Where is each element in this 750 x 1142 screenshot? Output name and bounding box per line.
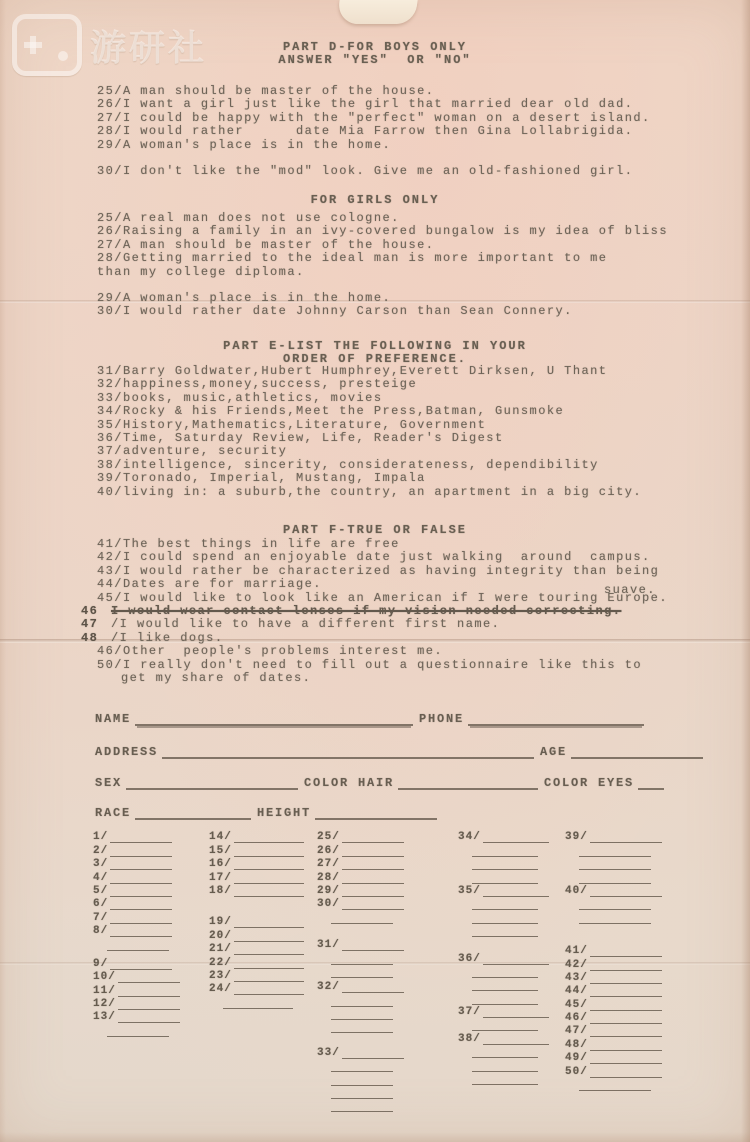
answer-line bbox=[317, 1020, 404, 1033]
answer-line bbox=[458, 978, 549, 991]
blank-underline bbox=[234, 972, 304, 982]
blank-underline bbox=[107, 1027, 169, 1037]
answer-slot: 32/ bbox=[317, 980, 404, 993]
grid-gap bbox=[317, 1033, 404, 1045]
blank-underline bbox=[472, 1048, 538, 1058]
answer-slot: 45/ bbox=[565, 997, 662, 1010]
text-line: 26/Raising a family in an ivy-covered bu… bbox=[97, 225, 668, 238]
answer-slot: 17/ bbox=[209, 870, 304, 883]
phone-input-line bbox=[468, 713, 644, 726]
blank-underline bbox=[342, 847, 404, 857]
answer-number: 44/ bbox=[565, 986, 588, 997]
blank-underline bbox=[234, 887, 304, 897]
paper-edge-shadow-right bbox=[741, 0, 750, 1142]
address-input-line bbox=[162, 746, 534, 759]
answer-slot: 15/ bbox=[209, 843, 304, 856]
answer-line bbox=[317, 1072, 404, 1085]
answer-slot: 39/ bbox=[565, 830, 662, 843]
answer-number: 26/ bbox=[317, 846, 340, 857]
answer-line bbox=[317, 965, 404, 978]
answer-number: 4/ bbox=[93, 873, 108, 884]
blank-underline bbox=[590, 1054, 662, 1064]
blank-underline bbox=[483, 1035, 549, 1045]
height-label: HEIGHT bbox=[257, 806, 315, 820]
answer-slot: 24/ bbox=[209, 982, 304, 995]
answer-slot: 23/ bbox=[209, 969, 304, 982]
answer-line bbox=[565, 910, 662, 923]
answer-number: 19/ bbox=[209, 917, 232, 928]
answer-slot: 43/ bbox=[565, 971, 662, 984]
paper-edge-shadow-bottom bbox=[0, 1132, 750, 1142]
answer-slot: 13/ bbox=[93, 1010, 180, 1023]
answer-slot: 11/ bbox=[93, 983, 180, 996]
answer-number: 32/ bbox=[317, 982, 340, 993]
answer-slot: 34/ bbox=[458, 830, 549, 843]
blank-underline bbox=[590, 987, 662, 997]
answer-line bbox=[458, 1058, 549, 1071]
blank-underline bbox=[342, 1049, 404, 1059]
answer-number: 9/ bbox=[93, 959, 108, 970]
blank-underline bbox=[110, 900, 172, 910]
girls-heading: FOR GIRLS ONLY bbox=[0, 193, 750, 207]
blank-underline bbox=[331, 1102, 393, 1112]
answer-slot: 41/ bbox=[565, 944, 662, 957]
answer-number: 42/ bbox=[565, 960, 588, 971]
answer-line bbox=[317, 1086, 404, 1099]
race-label: RACE bbox=[95, 806, 135, 820]
answer-line bbox=[458, 1045, 549, 1058]
blank-underline bbox=[579, 900, 651, 910]
answer-grid-column-3: 25/26/27/28/29/30/31/32/33/ bbox=[317, 830, 404, 1112]
form-row-sex: SEX COLOR HAIR COLOR EYES bbox=[95, 776, 670, 790]
blank-underline bbox=[110, 914, 172, 924]
answer-number: 11/ bbox=[93, 986, 116, 997]
text-line: 28/Getting married to the ideal man is m… bbox=[97, 252, 668, 265]
form-row-address: ADDRESS AGE bbox=[95, 745, 709, 759]
answer-slot: 30/ bbox=[317, 897, 404, 910]
answer-number: 46/ bbox=[565, 1013, 588, 1024]
blank-underline bbox=[590, 1041, 662, 1051]
answer-grid-column-4: 34/35/36/37/38/ bbox=[458, 830, 549, 1085]
blank-underline bbox=[110, 887, 172, 897]
answer-number: 14/ bbox=[209, 832, 232, 843]
blank-underline bbox=[331, 955, 393, 965]
blank-underline bbox=[342, 941, 404, 951]
color-eyes-input-line bbox=[638, 777, 664, 790]
text-line: 26/I want a girl just like the girl that… bbox=[97, 98, 651, 111]
blank-underline bbox=[472, 874, 538, 884]
scanned-questionnaire-page: 游研社 PART D-FOR BOYS ONLY ANSWER "YES" OR… bbox=[0, 0, 750, 1142]
answer-line bbox=[317, 1099, 404, 1112]
grid-gap bbox=[565, 924, 662, 944]
answer-number: 40/ bbox=[565, 886, 588, 897]
blank-underline bbox=[234, 945, 304, 955]
race-input-line bbox=[135, 807, 251, 820]
answer-number: 33/ bbox=[317, 1048, 340, 1059]
answer-slot: 46/ bbox=[565, 1011, 662, 1024]
part-f-heading: PART F-TRUE OR FALSE bbox=[0, 523, 750, 537]
blank-underline bbox=[331, 1076, 393, 1086]
blank-underline bbox=[331, 1062, 393, 1072]
age-label: AGE bbox=[540, 745, 571, 759]
answer-slot: 2/ bbox=[93, 843, 180, 856]
blank-underline bbox=[590, 1014, 662, 1024]
blank-underline bbox=[331, 914, 393, 924]
blank-underline bbox=[579, 860, 651, 870]
answer-slot: 22/ bbox=[209, 955, 304, 968]
answer-line bbox=[317, 951, 404, 964]
text-line: 34/Rocky & his Friends,Meet the Press,Ba… bbox=[97, 405, 642, 418]
part-d-heading-line2: ANSWER "YES" OR "NO" bbox=[0, 53, 750, 67]
color-hair-input-line bbox=[398, 777, 538, 790]
answer-number: 31/ bbox=[317, 940, 340, 951]
answer-slot: 25/ bbox=[317, 830, 404, 843]
answer-number: 34/ bbox=[458, 832, 481, 843]
answer-number: 15/ bbox=[209, 846, 232, 857]
answer-number: 21/ bbox=[209, 944, 232, 955]
blank-underline bbox=[472, 981, 538, 991]
answer-line bbox=[458, 1072, 549, 1085]
blank-underline bbox=[472, 968, 538, 978]
blank-underline bbox=[110, 860, 172, 870]
answer-number: 16/ bbox=[209, 859, 232, 870]
answer-slot: 38/ bbox=[458, 1031, 549, 1044]
grid-gap bbox=[458, 937, 549, 951]
text-line: than my college diploma. bbox=[97, 266, 668, 279]
answer-line bbox=[317, 910, 404, 923]
answer-number: 50/ bbox=[565, 1067, 588, 1078]
blank-underline bbox=[483, 833, 549, 843]
answer-line bbox=[93, 937, 180, 950]
answer-slot: 31/ bbox=[317, 938, 404, 951]
text-line: 42/I could spend an enjoyable date just … bbox=[97, 551, 668, 564]
answer-number: 38/ bbox=[458, 1034, 481, 1045]
blank-underline bbox=[579, 847, 651, 857]
blank-underline bbox=[331, 997, 393, 1007]
blank-underline bbox=[110, 927, 172, 937]
answer-slot: 42/ bbox=[565, 957, 662, 970]
part-f-list: 41/The best things in life are free42/I … bbox=[97, 538, 668, 685]
blank-underline bbox=[590, 1068, 662, 1078]
answer-line bbox=[458, 857, 549, 870]
text-line: 47/I would like to have a different firs… bbox=[97, 618, 668, 631]
blank-underline bbox=[590, 1027, 662, 1037]
answer-line bbox=[458, 897, 549, 910]
name-input-line bbox=[135, 713, 413, 726]
blank-underline bbox=[110, 874, 172, 884]
blank-underline bbox=[483, 1008, 549, 1018]
form-row-name: NAME PHONE bbox=[95, 712, 650, 726]
blank-underline bbox=[234, 833, 304, 843]
answer-line bbox=[565, 897, 662, 910]
blank-underline bbox=[118, 973, 180, 983]
answer-slot: 7/ bbox=[93, 910, 180, 923]
answer-number: 1/ bbox=[93, 832, 108, 843]
answer-number: 12/ bbox=[93, 999, 116, 1010]
blank-underline bbox=[472, 914, 538, 924]
blank-underline bbox=[331, 1010, 393, 1020]
part-e-list: 31/Barry Goldwater,Hubert Humphrey,Evere… bbox=[97, 365, 642, 499]
blank-underline bbox=[118, 1013, 180, 1023]
text-line: 29/A woman's place is in the home. bbox=[97, 139, 651, 152]
answer-number: 27/ bbox=[317, 859, 340, 870]
blank-underline bbox=[118, 987, 180, 997]
text-line: 39/Toronado, Imperial, Mustang, Impala bbox=[97, 472, 642, 485]
age-input-line bbox=[571, 746, 703, 759]
answer-line bbox=[565, 857, 662, 870]
answer-line bbox=[458, 910, 549, 923]
blank-underline bbox=[472, 1021, 538, 1031]
answer-number: 48/ bbox=[565, 1040, 588, 1051]
part-e-heading-line1: PART E-LIST THE FOLLOWING IN YOUR bbox=[0, 339, 750, 353]
address-label: ADDRESS bbox=[95, 745, 162, 759]
answer-number: 10/ bbox=[93, 972, 116, 983]
answer-number: 49/ bbox=[565, 1053, 588, 1064]
blank-underline bbox=[342, 833, 404, 843]
answer-line bbox=[458, 870, 549, 883]
answer-line bbox=[317, 993, 404, 1006]
answer-line bbox=[565, 843, 662, 856]
part-d-heading-line1: PART D-FOR BOYS ONLY bbox=[0, 40, 750, 54]
answer-slot: 48/ bbox=[565, 1037, 662, 1050]
answer-slot: 8/ bbox=[93, 924, 180, 937]
answer-slot: 4/ bbox=[93, 870, 180, 883]
blank-underline bbox=[342, 874, 404, 884]
text-line: 46/Other people's problems interest me. bbox=[97, 645, 668, 658]
answer-number: 6/ bbox=[93, 899, 108, 910]
answer-number: 28/ bbox=[317, 873, 340, 884]
answer-slot: 6/ bbox=[93, 897, 180, 910]
answer-slot: 49/ bbox=[565, 1051, 662, 1064]
blank-underline bbox=[483, 887, 549, 897]
blank-underline bbox=[342, 887, 404, 897]
blank-underline bbox=[234, 874, 304, 884]
blank-underline bbox=[590, 833, 662, 843]
blank-underline bbox=[223, 999, 293, 1009]
sex-input-line bbox=[126, 777, 298, 790]
answer-line bbox=[209, 995, 304, 1008]
blank-underline bbox=[331, 1089, 393, 1099]
grid-gap bbox=[209, 897, 304, 915]
answer-number: 25/ bbox=[317, 832, 340, 843]
answer-slot: 40/ bbox=[565, 884, 662, 897]
answer-slot: 37/ bbox=[458, 1005, 549, 1018]
blank-underline bbox=[590, 1001, 662, 1011]
blank-underline bbox=[234, 985, 304, 995]
answer-number: 24/ bbox=[209, 984, 232, 995]
text-line: 30/I would rather date Johnny Carson tha… bbox=[97, 305, 668, 318]
blank-underline bbox=[590, 887, 662, 897]
answer-number: 2/ bbox=[93, 846, 108, 857]
answer-number: 8/ bbox=[93, 926, 108, 937]
blank-underline bbox=[234, 959, 304, 969]
answer-slot: 3/ bbox=[93, 857, 180, 870]
girls-list: 25/A real man does not use cologne.26/Ra… bbox=[97, 212, 668, 319]
answer-grid-column-1: 1/2/3/4/5/6/7/8/9/10/11/12/13/ bbox=[93, 830, 180, 1037]
answer-slot: 33/ bbox=[317, 1045, 404, 1058]
answer-slot: 20/ bbox=[209, 928, 304, 941]
blank-underline bbox=[472, 1075, 538, 1085]
answer-slot: 44/ bbox=[565, 984, 662, 997]
blank-underline bbox=[234, 932, 304, 942]
answer-number: 13/ bbox=[93, 1012, 116, 1023]
text-line: get my share of dates. bbox=[97, 672, 668, 685]
answer-line bbox=[93, 1023, 180, 1036]
blank-underline bbox=[234, 918, 304, 928]
answer-line bbox=[458, 991, 549, 1004]
answer-slot: 5/ bbox=[93, 884, 180, 897]
answer-number: 5/ bbox=[93, 886, 108, 897]
answer-slot: 29/ bbox=[317, 884, 404, 897]
blank-underline bbox=[590, 947, 662, 957]
blank-underline bbox=[472, 1062, 538, 1072]
blank-underline bbox=[331, 968, 393, 978]
blank-underline bbox=[342, 900, 404, 910]
answer-number: 43/ bbox=[565, 973, 588, 984]
blank-underline bbox=[472, 995, 538, 1005]
blank-underline bbox=[472, 847, 538, 857]
answer-line bbox=[458, 843, 549, 856]
answer-grid-column-2: 14/15/16/17/18/19/20/21/22/23/24/ bbox=[209, 830, 304, 1009]
answer-slot: 14/ bbox=[209, 830, 304, 843]
text-line: 40/living in: a suburb,the country, an a… bbox=[97, 486, 642, 499]
answer-number: 37/ bbox=[458, 1007, 481, 1018]
text-line: 32/happiness,money,success, presteige bbox=[97, 378, 642, 391]
color-eyes-label: COLOR EYES bbox=[544, 776, 638, 790]
answer-slot: 27/ bbox=[317, 857, 404, 870]
answer-number: 29/ bbox=[317, 886, 340, 897]
answer-slot: 28/ bbox=[317, 870, 404, 883]
blank-underline bbox=[579, 1081, 651, 1091]
answer-line bbox=[458, 1018, 549, 1031]
torn-notch bbox=[336, 0, 417, 24]
answer-number: 47/ bbox=[565, 1026, 588, 1037]
answer-grid-column-5: 39/40/41/42/43/44/45/46/47/48/49/50/ bbox=[565, 830, 662, 1091]
answer-slot: 19/ bbox=[209, 915, 304, 928]
answer-slot: 36/ bbox=[458, 951, 549, 964]
answer-number: 39/ bbox=[565, 832, 588, 843]
answer-number: 41/ bbox=[565, 946, 588, 957]
form-row-race: RACE HEIGHT bbox=[95, 806, 443, 820]
blank-underline bbox=[234, 860, 304, 870]
answer-number: 23/ bbox=[209, 971, 232, 982]
text-line: suave. bbox=[604, 584, 656, 597]
answer-slot: 1/ bbox=[93, 830, 180, 843]
answer-slot: 9/ bbox=[93, 957, 180, 970]
text-line: 44/Dates are for marriage. bbox=[97, 578, 668, 591]
color-hair-label: COLOR HAIR bbox=[304, 776, 398, 790]
name-label: NAME bbox=[95, 712, 135, 726]
answer-line bbox=[317, 1059, 404, 1072]
answer-slot: 35/ bbox=[458, 884, 549, 897]
blank-underline bbox=[472, 900, 538, 910]
answer-number: 3/ bbox=[93, 859, 108, 870]
blank-underline bbox=[483, 955, 549, 965]
answer-number: 17/ bbox=[209, 873, 232, 884]
blank-underline bbox=[579, 874, 651, 884]
blank-underline bbox=[579, 914, 651, 924]
answer-line bbox=[458, 965, 549, 978]
answer-slot: 50/ bbox=[565, 1064, 662, 1077]
answer-slot: 10/ bbox=[93, 970, 180, 983]
blank-underline bbox=[342, 983, 404, 993]
blank-underline bbox=[342, 860, 404, 870]
height-input-line bbox=[315, 807, 437, 820]
blank-underline bbox=[472, 860, 538, 870]
answer-slot: 21/ bbox=[209, 942, 304, 955]
blank-underline bbox=[590, 974, 662, 984]
blank-underline bbox=[118, 1000, 180, 1010]
answer-slot: 12/ bbox=[93, 997, 180, 1010]
answer-number: 45/ bbox=[565, 1000, 588, 1011]
answer-slot: 47/ bbox=[565, 1024, 662, 1037]
sex-label: SEX bbox=[95, 776, 126, 790]
answer-number: 22/ bbox=[209, 958, 232, 969]
answer-number: 18/ bbox=[209, 886, 232, 897]
text-line: 28/I would rather date Mia Farrow then G… bbox=[97, 125, 651, 138]
phone-label: PHONE bbox=[419, 712, 468, 726]
answer-number: 7/ bbox=[93, 913, 108, 924]
blank-underline bbox=[331, 1023, 393, 1033]
answer-number: 35/ bbox=[458, 886, 481, 897]
answer-line bbox=[565, 1078, 662, 1091]
blank-underline bbox=[234, 847, 304, 857]
blank-underline bbox=[590, 961, 662, 971]
corrected-item-number: 47 bbox=[81, 618, 111, 631]
blank-underline bbox=[110, 833, 172, 843]
answer-slot: 26/ bbox=[317, 843, 404, 856]
answer-line bbox=[317, 1007, 404, 1020]
answer-number: 36/ bbox=[458, 954, 481, 965]
answer-line bbox=[458, 924, 549, 937]
grid-gap bbox=[317, 924, 404, 938]
blank-underline bbox=[110, 847, 172, 857]
paper-edge-shadow-left bbox=[0, 0, 6, 1142]
answer-slot: 18/ bbox=[209, 884, 304, 897]
text-line: 37/adventure, security bbox=[97, 445, 642, 458]
blank-underline bbox=[107, 941, 169, 951]
answer-number: 30/ bbox=[317, 899, 340, 910]
answer-slot: 16/ bbox=[209, 857, 304, 870]
blank-underline bbox=[110, 960, 172, 970]
text-line: 30/I don't like the "mod" look. Give me … bbox=[97, 165, 651, 178]
blank-underline bbox=[472, 927, 538, 937]
answer-line bbox=[565, 870, 662, 883]
answer-number: 20/ bbox=[209, 931, 232, 942]
part-d-list: 25/A man should be master of the house.2… bbox=[97, 85, 651, 178]
